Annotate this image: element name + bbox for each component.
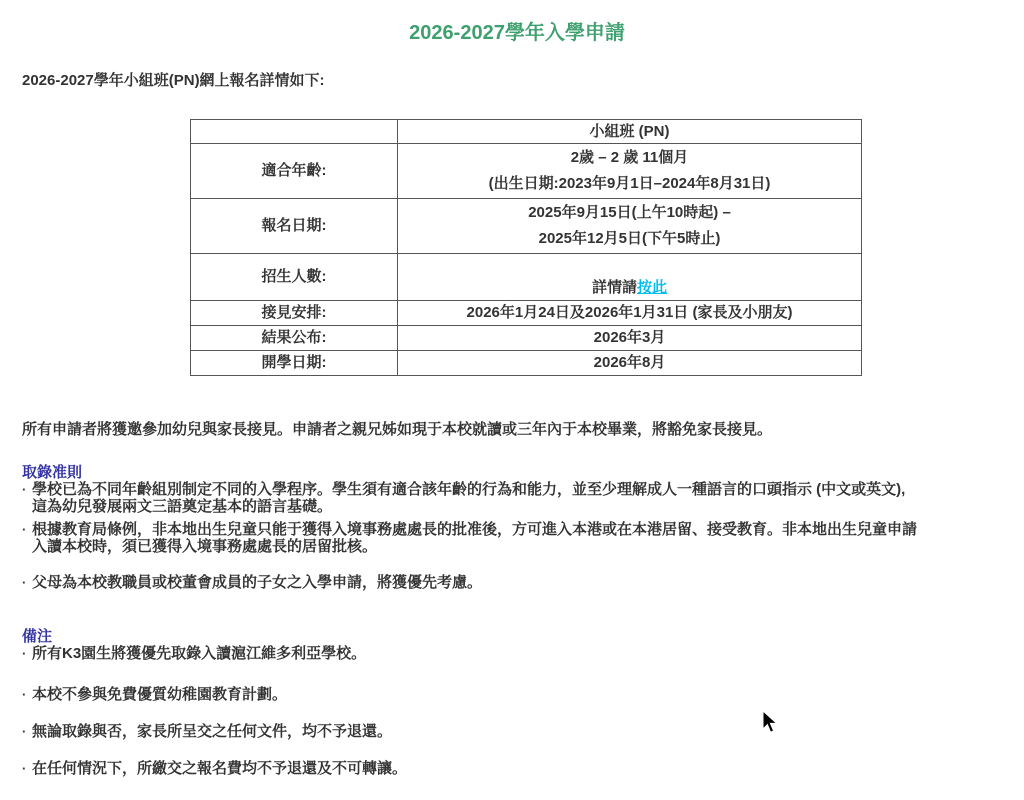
row-label-school-start: 開學日期: <box>191 351 398 376</box>
table-row: 報名日期: 2025年9月15日(上午10時起) – 2025年12月5日(下午… <box>191 199 862 254</box>
list-item: · 所有K3園生將獲優先取錄入讀滬江維多利亞學校。 <box>22 645 1012 662</box>
table-row: 招生人數: 詳情請按此 <box>191 254 862 301</box>
list-item: · 父母為本校教職員或校董會成員的子女之入學申請，將獲優先考慮。 <box>22 574 1012 591</box>
table-row: 結果公布: 2026年3月 <box>191 326 862 351</box>
bullet-icon: · <box>22 723 32 740</box>
page-title: 2026-2027學年入學申請 <box>22 22 1012 45</box>
admission-info-table: 小組班 (PN) 適合年齡: 2歲 – 2 歲 11個月 (出生日期:2023年… <box>190 119 862 376</box>
list-item: · 在任何情況下，所繳交之報名費均不予退還及不可轉讓。 <box>22 760 1012 777</box>
interview-note: 所有申請者將獲邀參加幼兒與家長接見。申請者之親兄姊如現于本校就讀或三年內于本校畢… <box>22 421 1012 438</box>
list-item: · 根據教育局條例，非本地出生兒童只能于獲得入境事務處處長的批准後，方可進入本港… <box>22 521 1012 555</box>
bullet-icon: · <box>22 686 32 703</box>
row-value-age: 2歲 – 2 歲 11個月 (出生日期:2023年9月1日–2024年8月31日… <box>398 144 862 199</box>
page-subtitle: 2026-2027學年小組班(PN)網上報名詳情如下: <box>22 72 1012 89</box>
list-item-text: 學校已為不同年齡組別制定不同的入學程序。學生須有適合該年齡的行為和能力，並至少理… <box>32 481 905 515</box>
list-item-text: 根據教育局條例，非本地出生兒童只能于獲得入境事務處處長的批准後，方可進入本港或在… <box>32 521 917 555</box>
row-value-school-start: 2026年8月 <box>398 351 862 376</box>
row-value-quota: 詳情請按此 <box>398 254 862 301</box>
section-heading-notes: 備注 <box>22 628 1012 645</box>
table-row: 適合年齡: 2歲 – 2 歲 11個月 (出生日期:2023年9月1日–2024… <box>191 144 862 199</box>
row-value-results: 2026年3月 <box>398 326 862 351</box>
list-item-text: 在任何情況下，所繳交之報名費均不予退還及不可轉讓。 <box>32 760 407 777</box>
notes-list: · 所有K3園生將獲優先取錄入讀滬江維多利亞學校。 · 本校不參與免費優質幼稚園… <box>22 645 1012 777</box>
admission-page: 2026-2027學年入學申請 2026-2027學年小組班(PN)網上報名詳情… <box>0 0 1024 777</box>
row-label-quota: 招生人數: <box>191 254 398 301</box>
list-item-text: 父母為本校教職員或校董會成員的子女之入學申請，將獲優先考慮。 <box>32 574 482 591</box>
quota-text: 詳情請 <box>592 279 637 296</box>
row-value-application-dates: 2025年9月15日(上午10時起) – 2025年12月5日(下午5時止) <box>398 199 862 254</box>
list-item: · 本校不參與免費優質幼稚園教育計劃。 <box>22 686 1012 703</box>
bullet-icon: · <box>22 574 32 591</box>
list-item-text: 所有K3園生將獲優先取錄入讀滬江維多利亞學校。 <box>32 645 366 662</box>
list-item: · 無論取錄與否，家長所呈交之任何文件，均不予退還。 <box>22 723 1012 740</box>
table-row: 開學日期: 2026年8月 <box>191 351 862 376</box>
bullet-icon: · <box>22 481 32 498</box>
list-item-text: 無論取錄與否，家長所呈交之任何文件，均不予退還。 <box>32 723 392 740</box>
row-label-interview: 接見安排: <box>191 301 398 326</box>
bullet-icon: · <box>22 521 32 538</box>
quota-details-link[interactable]: 按此 <box>637 279 667 296</box>
table-header-empty-cell <box>191 120 398 144</box>
row-label-age: 適合年齡: <box>191 144 398 199</box>
list-item-text: 本校不參與免費優質幼稚園教育計劃。 <box>32 686 287 703</box>
row-label-application-dates: 報名日期: <box>191 199 398 254</box>
admission-criteria-list: · 學校已為不同年齡組別制定不同的入學程序。學生須有適合該年齡的行為和能力，並至… <box>22 481 1012 591</box>
list-item: · 學校已為不同年齡組別制定不同的入學程序。學生須有適合該年齡的行為和能力，並至… <box>22 481 1012 515</box>
row-label-results: 結果公布: <box>191 326 398 351</box>
table-header-class-cell: 小組班 (PN) <box>398 120 862 144</box>
bullet-icon: · <box>22 760 32 777</box>
table-row: 小組班 (PN) <box>191 120 862 144</box>
table-row: 接見安排: 2026年1月24日及2026年1月31日 (家長及小朋友) <box>191 301 862 326</box>
bullet-icon: · <box>22 645 32 662</box>
row-value-interview: 2026年1月24日及2026年1月31日 (家長及小朋友) <box>398 301 862 326</box>
section-heading-admission-criteria: 取錄准則 <box>22 464 1012 481</box>
